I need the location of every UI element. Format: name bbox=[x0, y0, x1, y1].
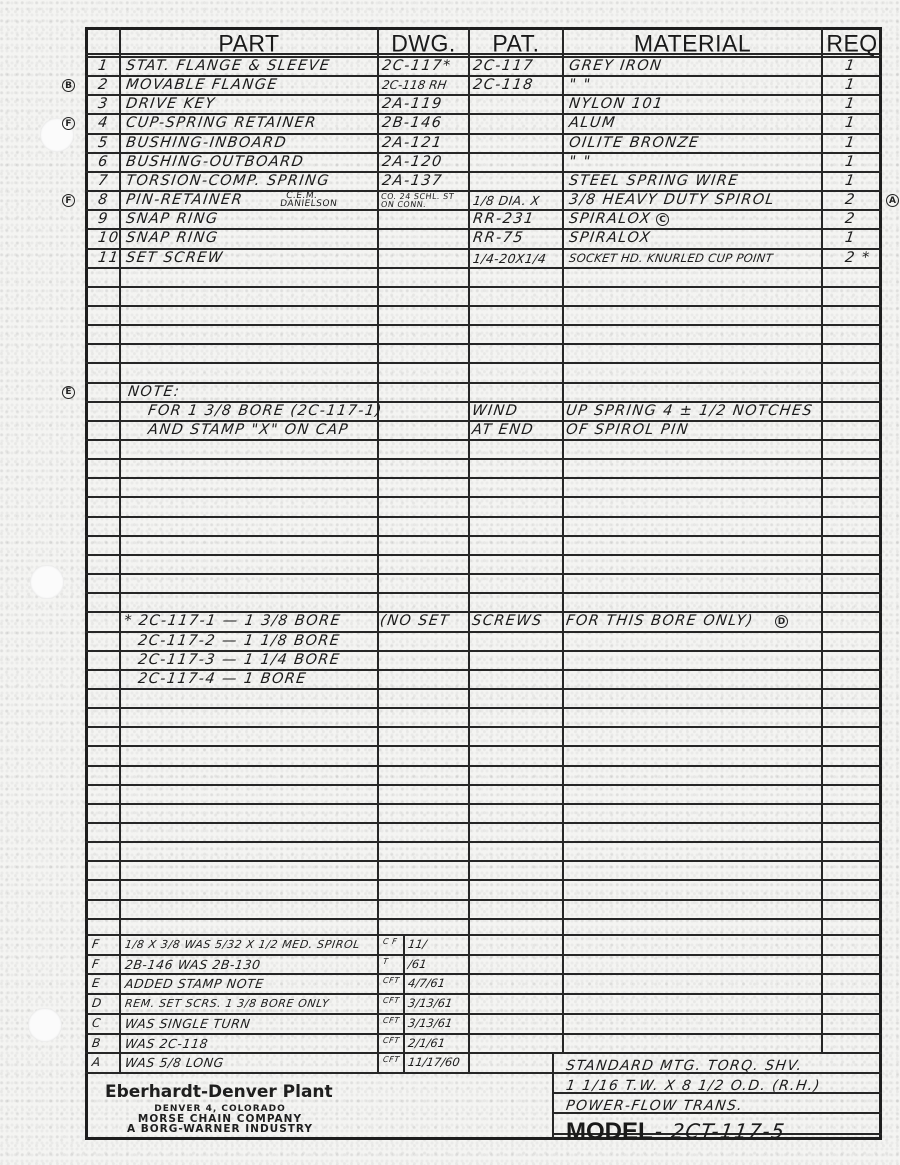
revision-date: 11/17/60 bbox=[407, 1053, 461, 1072]
grid-line bbox=[85, 822, 882, 824]
part-dwg: 2A-121 bbox=[381, 134, 444, 153]
revision-by: C F bbox=[382, 937, 397, 946]
revision-date: 3/13/61 bbox=[407, 1014, 454, 1033]
header-pat: PAT. bbox=[469, 28, 563, 57]
header-dwg: DWG. bbox=[378, 28, 469, 57]
part-number: 11 bbox=[97, 249, 121, 268]
grid-line bbox=[85, 860, 882, 862]
revision-date: /61 bbox=[407, 955, 428, 974]
grid-line bbox=[85, 726, 882, 728]
grid-line bbox=[85, 554, 882, 556]
part-pat: RR-75 bbox=[472, 229, 526, 248]
part-material: 3/8 HEAVY DUTY SPIROL bbox=[568, 191, 777, 210]
part-name: BUSHING-INBOARD bbox=[125, 134, 289, 153]
header-part: PART bbox=[120, 28, 378, 57]
grid-line bbox=[85, 803, 882, 805]
bore-item: * 2C-117-1 — 1 3/8 BORE bbox=[123, 612, 343, 631]
revision-description: 2B-146 WAS 2B-130 bbox=[124, 955, 262, 974]
model-value: - 2CT-117-5 bbox=[653, 1119, 787, 1143]
dwg-note: ON CONN. bbox=[380, 200, 426, 209]
bore-item: 2C-117-2 — 1 1/8 BORE bbox=[137, 632, 342, 651]
column-divider bbox=[562, 935, 564, 1053]
title-block-divider bbox=[552, 1053, 554, 1140]
part-dwg: 2A-119 bbox=[381, 95, 444, 114]
grid-line bbox=[85, 516, 882, 518]
bore-item: 2C-117-3 — 1 1/4 BORE bbox=[137, 651, 342, 670]
grid-line bbox=[85, 286, 882, 288]
part-dwg: 2C-117* bbox=[381, 57, 453, 76]
company-plant: Eberhardt-Denver Plant bbox=[95, 1082, 345, 1102]
revision-mark: E bbox=[62, 386, 75, 399]
title-line-2: 1 1/16 T.W. X 8 1/2 O.D. (R.H.) bbox=[565, 1077, 822, 1096]
revision-date: 2/1/61 bbox=[407, 1034, 447, 1053]
note-text: OF SPIROL PIN bbox=[565, 421, 691, 440]
part-name: SNAP RING bbox=[125, 229, 220, 248]
part-pat: 2C-118 bbox=[472, 76, 535, 95]
note-text: FOR 1 3/8 BORE (2C-117-1) bbox=[147, 402, 384, 421]
part-name: SET SCREW bbox=[125, 249, 225, 268]
revision-mark: A bbox=[886, 194, 899, 207]
model-label: MODEL bbox=[566, 1118, 653, 1146]
grid-line bbox=[85, 382, 882, 384]
column-divider bbox=[119, 935, 121, 1073]
title-line-3: POWER-FLOW TRANS. bbox=[565, 1097, 745, 1116]
column-divider bbox=[468, 27, 470, 935]
revision-description: 1/8 X 3/8 WAS 5/32 X 1/2 MED. SPIROL bbox=[124, 935, 362, 954]
part-pat: 2C-117 bbox=[472, 57, 535, 76]
part-name: DRIVE KEY bbox=[125, 95, 217, 114]
grid-line bbox=[85, 535, 882, 537]
part-material: " " bbox=[568, 153, 593, 172]
part-dwg: 2C-118 RH bbox=[381, 76, 448, 95]
part-material: STEEL SPRING WIRE bbox=[568, 172, 740, 191]
grid-line bbox=[85, 458, 882, 460]
note-label: NOTE: bbox=[127, 383, 182, 402]
grid-line bbox=[85, 784, 882, 786]
column-divider bbox=[377, 935, 379, 1073]
part-name: MOVABLE FLANGE bbox=[125, 76, 279, 95]
revision-description: WAS 5/8 LONG bbox=[124, 1053, 226, 1072]
part-dwg: 2A-137 bbox=[381, 172, 444, 191]
punch-hole-bottom bbox=[28, 1008, 62, 1042]
part-note: DANIELSON bbox=[279, 200, 337, 209]
note-text: WIND bbox=[471, 402, 520, 421]
grid-line bbox=[85, 305, 882, 307]
part-material: SPIRALOX bbox=[568, 210, 653, 229]
header-material: MATERIAL bbox=[563, 28, 822, 57]
punch-hole-middle bbox=[30, 565, 64, 599]
part-name: SNAP RING bbox=[125, 210, 220, 229]
note-text: UP SPRING 4 ± 1/2 NOTCHES bbox=[565, 402, 815, 421]
grid-line bbox=[85, 592, 882, 594]
revision-date: 3/13/61 bbox=[407, 994, 454, 1013]
column-divider bbox=[403, 935, 405, 1073]
company-parent: A BORG-WARNER INDUSTRY bbox=[95, 1124, 345, 1134]
revision-description: ADDED STAMP NOTE bbox=[124, 974, 266, 993]
part-material: NYLON 101 bbox=[568, 95, 665, 114]
column-divider bbox=[821, 27, 823, 935]
column-divider bbox=[119, 27, 121, 935]
company-block: Eberhardt-Denver Plant DENVER 4, COLORAD… bbox=[95, 1082, 345, 1134]
part-req: 2 * bbox=[844, 249, 872, 268]
part-number: 10 bbox=[97, 229, 121, 248]
header-req: REQ bbox=[822, 28, 882, 57]
note-text: AND STAMP "X" ON CAP bbox=[147, 421, 350, 440]
column-divider bbox=[377, 27, 379, 935]
part-material: SOCKET HD. KNURLED CUP POINT bbox=[568, 249, 775, 268]
part-dwg: 2B-146 bbox=[381, 114, 444, 133]
revision-by: CFT bbox=[382, 1016, 400, 1025]
grid-line bbox=[85, 765, 882, 767]
part-pat: 1/8 DIA. X bbox=[472, 191, 541, 210]
bore-note: SCREWS bbox=[471, 612, 544, 631]
revision-by: CFT bbox=[382, 976, 400, 985]
revision-by: CFT bbox=[382, 1036, 400, 1045]
part-dwg: 2A-120 bbox=[381, 153, 444, 172]
note-text: AT END bbox=[471, 421, 536, 440]
grid-line bbox=[85, 745, 882, 747]
revision-date: 4/7/61 bbox=[407, 974, 447, 993]
part-pat: RR-231 bbox=[472, 210, 536, 229]
grid-line bbox=[85, 899, 882, 901]
part-material: SPIRALOX bbox=[568, 229, 653, 248]
column-divider bbox=[562, 27, 564, 935]
part-material: ALUM bbox=[568, 114, 617, 133]
revision-mark: F bbox=[62, 194, 75, 207]
part-name: PIN-RETAINER bbox=[125, 191, 245, 210]
revision-date: 11/ bbox=[407, 935, 428, 954]
part-material: OILITE BRONZE bbox=[568, 134, 701, 153]
part-pat: 1/4-20X1/4 bbox=[472, 249, 548, 268]
bore-item: 2C-117-4 — 1 BORE bbox=[137, 670, 308, 689]
part-name: CUP-SPRING RETAINER bbox=[125, 114, 318, 133]
part-material: GREY IRON bbox=[568, 57, 664, 76]
grid-line bbox=[85, 343, 882, 345]
part-material: " " bbox=[568, 76, 593, 95]
revision-description: WAS 2C-118 bbox=[124, 1034, 210, 1053]
part-name: STAT. FLANGE & SLEEVE bbox=[125, 57, 332, 76]
grid-line bbox=[85, 707, 882, 709]
title-line-1: STANDARD MTG. TORQ. SHV. bbox=[565, 1057, 804, 1076]
bore-note: (NO SET bbox=[379, 612, 451, 631]
grid-line bbox=[85, 841, 882, 843]
bore-note: FOR THIS BORE ONLY) bbox=[565, 612, 755, 631]
grid-line bbox=[85, 324, 882, 326]
revision-description: REM. SET SCRS. 1 3/8 BORE ONLY bbox=[124, 994, 331, 1013]
column-divider bbox=[821, 935, 823, 1053]
grid-line bbox=[85, 362, 882, 364]
grid-line bbox=[85, 573, 882, 575]
revision-by: CFT bbox=[382, 1055, 400, 1064]
grid-line bbox=[85, 879, 882, 881]
revision-description: WAS SINGLE TURN bbox=[124, 1014, 252, 1033]
part-name: TORSION-COMP. SPRING bbox=[125, 172, 331, 191]
column-divider bbox=[468, 935, 470, 1073]
revision-by: CFT bbox=[382, 996, 400, 1005]
grid-line bbox=[85, 918, 882, 920]
grid-line bbox=[85, 496, 882, 498]
part-name: BUSHING-OUTBOARD bbox=[125, 153, 306, 172]
grid-line bbox=[85, 477, 882, 479]
